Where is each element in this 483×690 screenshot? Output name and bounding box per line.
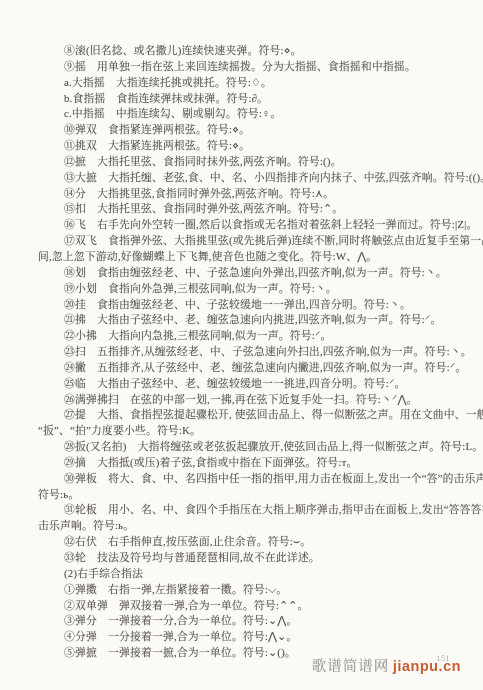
text-line: ⑮扣 大指托里弦、食指同时弹外弦,两弦齐响。符号:⌃。 xyxy=(38,202,463,218)
instruction-text-block: ⑧滚(旧名捻、或名撒儿)连续快速夹弹。符号:⋄。⑨摇 用单独一指在弦上来回连续摇… xyxy=(38,44,463,662)
text-line: ㉛轮板 用小、名、中、食四个手指压在大指上顺序弹击,指甲击在面板上,发出“答答答… xyxy=(38,503,463,519)
text-line: ②双单弹 弹双接着一弹,合为一单位。符号:⌃⌃。 xyxy=(38,599,463,615)
text-line: ㉒小拂 大指向内急挑,三根弦同响,似为一声。符号:⸍。 xyxy=(38,329,463,345)
watermark: 歌谱简谱网 jianpu.cn xyxy=(312,655,461,676)
text-line: c.中指摇 中指连续勾、剔或剔勾。符号:♀。 xyxy=(38,107,463,123)
text-line: ㉝轮 技法及符号均与普通琵琶相同,故不在此详述。 xyxy=(38,551,463,567)
text-line: “扳”、“拍”力度要小些。符号:K。 xyxy=(38,424,463,440)
text-line: ㉗提 大指、食指捏弦提起骤松开, 使弦回击品上、得一似断弦之声。用在文曲中、一般… xyxy=(38,408,463,424)
watermark-domain: jianpu.cn xyxy=(393,659,461,675)
text-line: ㉜右伏 右手指伸直,按压弦面,止住余音。符号:⌣。 xyxy=(38,535,463,551)
text-line: ③弹分 一弹接着一分,合为一单位。符号:⌄⋀。 xyxy=(38,614,463,630)
text-line: ④分弹 一分接着一弹,合为一单位。符号:⋀⌄。 xyxy=(38,630,463,646)
text-line: ⑫摭 大指托里弦、食指同时抹外弦,两弦齐响。符号:()。 xyxy=(38,155,463,171)
text-line: a.大指摇 大指连续托挑或挑托。符号:♢。 xyxy=(38,76,463,92)
text-line: ⑧滚(旧名捻、或名撒儿)连续快速夹弹。符号:⋄。 xyxy=(38,44,463,60)
text-line: b.食指摇 食指连续弹抹或抹弹。符号:∂。 xyxy=(38,92,463,108)
text-line: ⑲小划 食指向外急弹,三根弦同响,似为一声。符号:丶。 xyxy=(38,282,463,298)
text-line: ⑬大摭 大指托缠、老弦,食、中、名、小四指排齐向内抹子、中弦,四弦齐响。符号:(… xyxy=(38,171,463,187)
text-line: ⑭分 大指挑里弦,食指同时弹外弦,两弦齐响。符号:⋏。 xyxy=(38,187,463,203)
text-line: ⑩弹双 食指紧连弹两根弦。符号:⋄。 xyxy=(38,123,463,139)
text-line: ㉖满弹拂扫 在弦的中部一划,一拂,再在弦下近复手处一扫。符号:丶⸍⋀。 xyxy=(38,393,463,409)
text-line: ①弹擞 右指一弹,左指紧接着一擞。符号:⌵。 xyxy=(38,583,463,599)
text-line: ⑰双飞 食指弹外弦、大指挑里弦(或先挑后弹)连续不断,同时将触弦点由近复手至第一… xyxy=(38,234,463,250)
text-line: ㉔撇 五指排齐,从子弦经中、老、缠弦急速向内撇进,四弦齐响,似为一声。符号:⸍。 xyxy=(38,361,463,377)
text-line: ㉓扫 五指排齐,从缠弦经老、中、子弦急速向外扫出,四弦齐响,似为一声。符号:丶。 xyxy=(38,345,463,361)
scanned-book-page: ⑧滚(旧名捻、或名撒儿)连续快速夹弹。符号:⋄。⑨摇 用单独一指在弦上来回连续摇… xyxy=(0,0,483,690)
text-line: ㉙摘 大指抵(或压)着子弦,食指或中指在下面弹弦。符号:т。 xyxy=(38,456,463,472)
watermark-site-name: 歌谱简谱网 xyxy=(312,659,390,675)
text-line: ㉕临 大指由子弦经中、老、缠弦较缓地一一挑进,四音分明。符号:⸍。 xyxy=(38,377,463,393)
text-line: (2)右手综合指法 xyxy=(38,567,463,583)
text-line: ⑨摇 用单独一指在弦上来回连续摇拨。分为大指摇、食指摇和中指摇。 xyxy=(38,60,463,76)
text-line: ⑯飞 右手先向外空转一圈,然后以食指或无名指对着弦斜上轻轻一弹而过。符号:|Z|… xyxy=(38,218,463,234)
text-line: ㉘扳(又名拍) 大指将缠弦或老弦扳起骤放开,使弦回击品上,得一似断弦之声。符号:… xyxy=(38,440,463,456)
text-line: ㉑拂 大指由子弦经中、老、缠弦急速向内挑进,四弦齐响,似为一声。符号:⸍。 xyxy=(38,313,463,329)
text-line: 符号:ь。 xyxy=(38,488,463,504)
text-line: ㉚弹板 将大、食、中、名四指中任一指的指甲,用力击在板面上,发出一个“答”的击乐… xyxy=(38,472,463,488)
text-line: ⑳挂 食指由缠弦经老、中、子弦较缓地一一弹出,四音分明。符号:丶。 xyxy=(38,298,463,314)
text-line: 击乐声响。符号:ь。 xyxy=(38,519,463,535)
text-line: ⑪挑双 大指紧连挑两根弦。符号:⋄。 xyxy=(38,139,463,155)
text-line: ⑱划 食指由缠弦经老、中、子弦急速向外弹出,四弦齐响,似为一声。符号:丶。 xyxy=(38,266,463,282)
text-line: 间,忽上忽下游动,好像蝴蝶上下飞舞,使音色也随之变化。符号:W、⋀。 xyxy=(38,250,463,266)
